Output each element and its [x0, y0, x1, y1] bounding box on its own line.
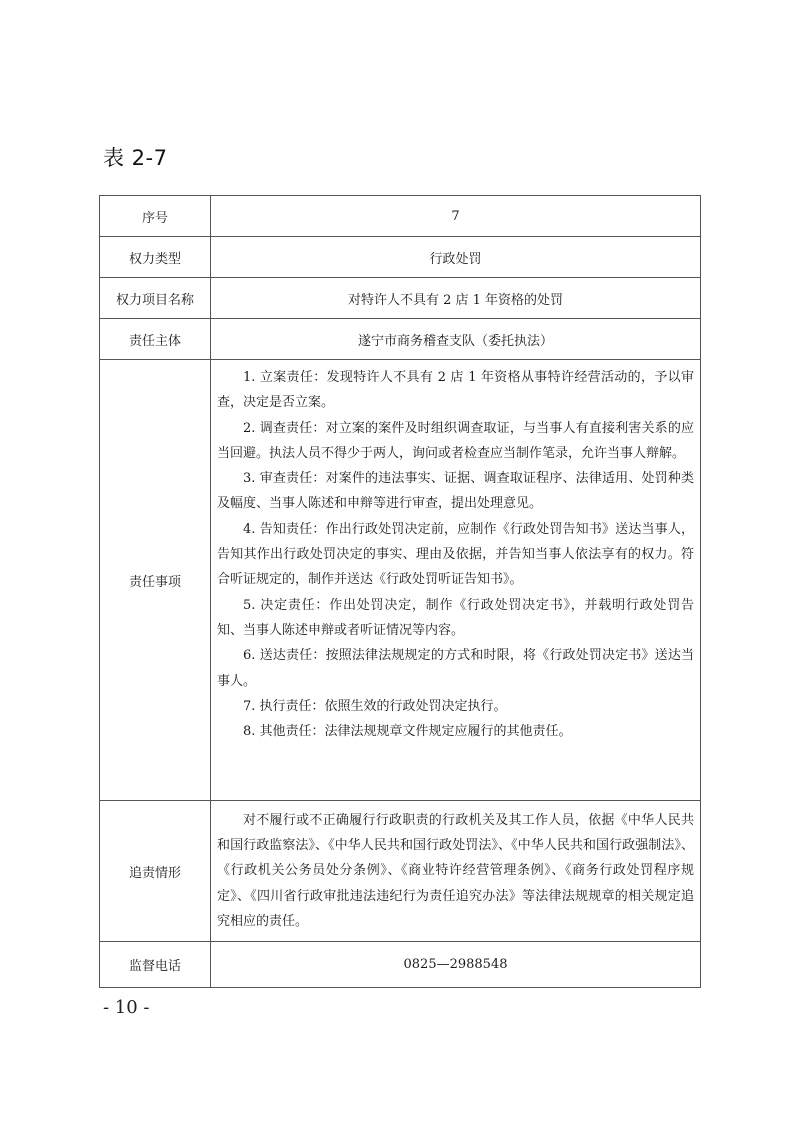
serial-label: 序号	[100, 196, 211, 237]
table-title: 表 2-7	[103, 142, 167, 172]
duty-item: 1. 立案责任：发现特许人不具有 2 店 1 年资格从事特许经营活动的，予以审查…	[217, 365, 694, 416]
accountability-label: 追责情形	[100, 801, 211, 942]
accountability-content: 对不履行或不正确履行行政职责的行政机关及其工作人员，依据《中华人民共和国行政监察…	[211, 801, 701, 942]
table-row-serial: 序号 7	[100, 196, 701, 237]
hotline-value: 0825—2988548	[211, 942, 701, 988]
table-row-accountability: 追责情形 对不履行或不正确履行行政职责的行政机关及其工作人员，依据《中华人民共和…	[100, 801, 701, 942]
item-name-label: 权力项目名称	[100, 278, 211, 319]
accountability-text: 对不履行或不正确履行行政职责的行政机关及其工作人员，依据《中华人民共和国行政监察…	[217, 808, 694, 934]
duty-item: 5. 决定责任：作出处罚决定，制作《行政处罚决定书》，并载明行政处罚告知、当事人…	[217, 593, 694, 644]
duties-content: 1. 立案责任：发现特许人不具有 2 店 1 年资格从事特许经营活动的，予以审查…	[211, 360, 701, 801]
hotline-label: 监督电话	[100, 942, 211, 988]
table-row-power-type: 权力类型 行政处罚	[100, 237, 701, 278]
table-row-hotline: 监督电话 0825—2988548	[100, 942, 701, 988]
serial-value: 7	[211, 196, 701, 237]
duty-item: 6. 送达责任：按照法律法规规定的方式和时限，将《行政处罚决定书》送达当事人。	[217, 643, 694, 694]
table-row-duties: 责任事项 1. 立案责任：发现特许人不具有 2 店 1 年资格从事特许经营活动的…	[100, 360, 701, 801]
subject-label: 责任主体	[100, 319, 211, 360]
duty-item: 2. 调查责任：对立案的案件及时组织调查取证，与当事人有直接利害关系的应当回避。…	[217, 416, 694, 467]
power-responsibility-table: 序号 7 权力类型 行政处罚 权力项目名称 对特许人不具有 2 店 1 年资格的…	[99, 195, 701, 988]
duties-label: 责任事项	[100, 360, 211, 801]
duty-item: 8. 其他责任：法律法规规章文件规定应履行的其他责任。	[217, 719, 694, 744]
power-type-label: 权力类型	[100, 237, 211, 278]
power-type-value: 行政处罚	[211, 237, 701, 278]
table-row-subject: 责任主体 遂宁市商务稽查支队（委托执法）	[100, 319, 701, 360]
duty-item: 7. 执行责任：依照生效的行政处罚决定执行。	[217, 694, 694, 719]
page-number: - 10 -	[103, 997, 150, 1018]
duty-item: 4. 告知责任：作出行政处罚决定前，应制作《行政处罚告知书》送达当事人，告知其作…	[217, 517, 694, 593]
item-name-value: 对特许人不具有 2 店 1 年资格的处罚	[211, 278, 701, 319]
duty-item: 3. 审查责任：对案件的违法事实、证据、调查取证程序、法律适用、处罚种类及幅度、…	[217, 466, 694, 517]
subject-value: 遂宁市商务稽查支队（委托执法）	[211, 319, 701, 360]
table-row-item-name: 权力项目名称 对特许人不具有 2 店 1 年资格的处罚	[100, 278, 701, 319]
